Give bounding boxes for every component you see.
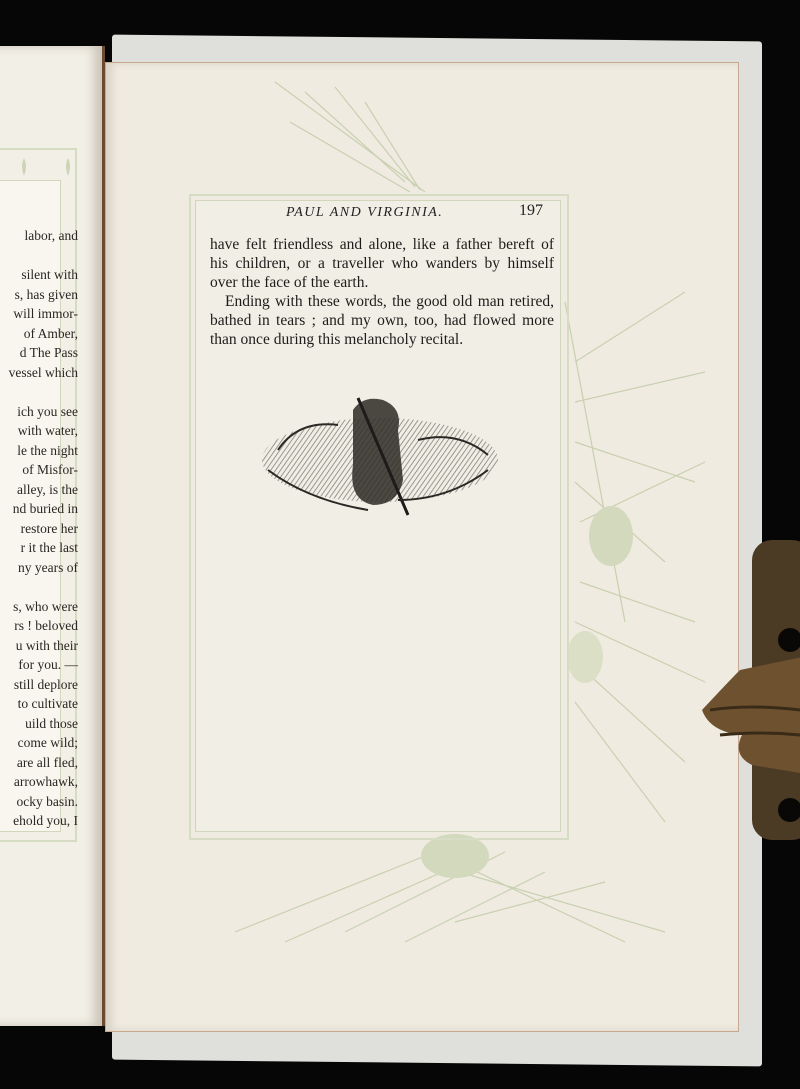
illustration-engraving — [258, 390, 503, 525]
left-page-line: will immor- — [0, 306, 78, 322]
left-page-line: labor, and — [0, 228, 78, 244]
left-page-line: with water, — [0, 423, 78, 439]
left-page-line: d The Pass — [0, 345, 78, 361]
left-page-line: ny years of — [0, 560, 78, 576]
left-page-line: u with their — [0, 638, 78, 654]
body-line: than once during this melancholy recital… — [210, 331, 554, 349]
body-line: Ending with these words, the good old ma… — [225, 293, 554, 311]
page-number: 197 — [519, 202, 543, 220]
body-line: his children, or a traveller who wanders… — [210, 255, 554, 273]
fleur-de-lis-icon — [10, 148, 80, 188]
body-line: over the face of the earth. — [210, 274, 554, 292]
left-page-line: silent with — [0, 267, 78, 283]
left-page-line: alley, is the — [0, 482, 78, 498]
left-page-line: to cultivate — [0, 696, 78, 712]
left-page-line: vessel which — [0, 365, 78, 381]
left-page-line: ocky basin. — [0, 794, 78, 810]
body-line: bathed in tears ; and my own, too, had f… — [210, 312, 554, 330]
left-page-line: ich you see — [0, 404, 78, 420]
left-page-line: are all fled, — [0, 755, 78, 771]
left-page-line: of Amber, — [0, 326, 78, 342]
left-page-line: rs ! beloved — [0, 618, 78, 634]
body-line: have felt friendless and alone, like a f… — [210, 236, 554, 254]
left-page-line: s, has given — [0, 287, 78, 303]
left-page-line: le the night — [0, 443, 78, 459]
left-page-line: for you. — — [0, 657, 78, 673]
running-head: PAUL AND VIRGINIA. — [286, 205, 443, 221]
left-page-line: of Misfor- — [0, 462, 78, 478]
left-page-line: come wild; — [0, 735, 78, 751]
left-page-line: uild those — [0, 716, 78, 732]
left-page-line: still deplore — [0, 677, 78, 693]
left-page-line: arrowhawk, — [0, 774, 78, 790]
left-page-line: ehold you, I — [0, 813, 78, 829]
left-page-line: restore her — [0, 521, 78, 537]
left-page-line: s, who were — [0, 599, 78, 615]
left-page-line: r it the last — [0, 540, 78, 556]
left-page-line: nd buried in — [0, 501, 78, 517]
brass-clasp — [700, 540, 800, 840]
